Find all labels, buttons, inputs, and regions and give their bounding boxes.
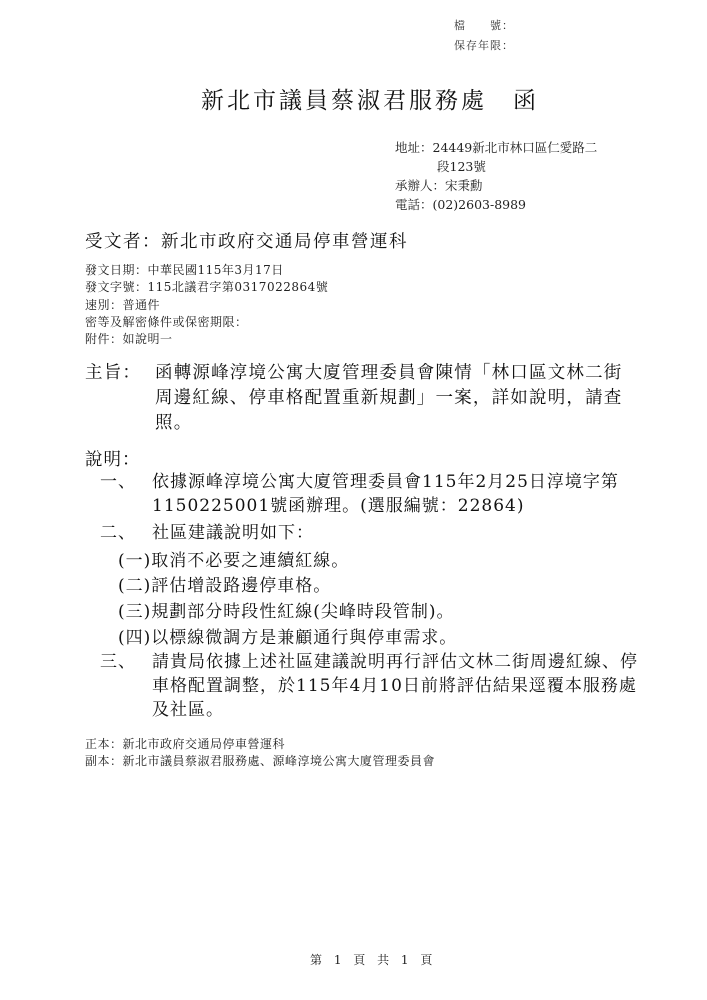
original-recipient: 正本：新北市政府交通局停車營運科: [85, 736, 435, 753]
document-number: 發文字號：115北議君字第0317022864號: [85, 279, 328, 296]
retention-period-label: 保存年限：: [454, 37, 514, 53]
page-number: 第 1 頁 共 1 頁: [310, 951, 436, 968]
document-title: 新北市議員蔡淑君服務處函: [201, 82, 539, 115]
copy-recipients: 副本：新北市議員蔡淑君服務處、源峰淳境公寓大廈管理委員會: [85, 753, 435, 770]
distribution: 正本：新北市政府交通局停車營運科 副本：新北市議員蔡淑君服務處、源峰淳境公寓大廈…: [85, 736, 435, 770]
item-number: 二、: [100, 521, 136, 545]
delivery-speed: 速別：普通件: [85, 297, 328, 314]
item-number: 三、: [100, 650, 136, 674]
file-number-label: 檔 號：: [454, 17, 514, 33]
issuer-name: 新北市議員蔡淑君服務處: [201, 88, 487, 114]
contact-block: 地址：24449新北市林口區仁愛路二 段123號 承辦人：宋秉勳 電話：(02)…: [395, 138, 597, 214]
address-line-2: 段123號: [395, 157, 597, 176]
item-text: 依據源峰淳境公寓大廈管理委員會115年2月25日淳境字第1150225001號函…: [152, 470, 642, 518]
explanation-item-1: 一、 依據源峰淳境公寓大廈管理委員會115年2月25日淳境字第115022500…: [100, 470, 645, 520]
subject-label: 主旨：: [85, 361, 155, 386]
issue-date: 發文日期：中華民國115年3月17日: [85, 262, 328, 279]
phone: 電話：(02)2603-8989: [395, 195, 597, 214]
item-text: 社區建議說明如下：: [152, 521, 642, 545]
explanation-item-2: 二、 社區建議說明如下：: [100, 521, 645, 547]
item-number: 一、: [100, 470, 136, 494]
attachment: 附件：如說明一: [85, 331, 328, 348]
handler: 承辦人：宋秉勳: [395, 176, 597, 195]
explanation-label: 說明：: [85, 446, 141, 471]
recipient: 受文者：新北市政府交通局停車營運科: [85, 228, 408, 253]
subject: 主旨： 函轉源峰淳境公寓大廈管理委員會陳情「林口區文林二街周邊紅線、停車格配置重…: [85, 361, 630, 436]
address-line-1: 地址：24449新北市林口區仁愛路二: [395, 138, 597, 157]
document-info: 發文日期：中華民國115年3月17日 發文字號：115北議君字第03170228…: [85, 262, 328, 348]
item-text: 請貴局依據上述社區建議說明再行評估文林二街周邊紅線、停車格配置調整，於115年4…: [152, 650, 642, 722]
sub-item-2: (二)評估增設路邊停車格。: [118, 571, 331, 596]
security-level: 密等及解密條件或保密期限：: [85, 314, 328, 331]
explanation-item-3: 三、 請貴局依據上述社區建議說明再行評估文林二街周邊紅線、停車格配置調整，於11…: [100, 650, 645, 725]
sub-item-3: (三)規劃部分時段性紅線(尖峰時段管制)。: [118, 597, 455, 622]
sub-item-4: (四)以標線微調方是兼顧通行與停車需求。: [118, 623, 457, 648]
subject-text: 函轉源峰淳境公寓大廈管理委員會陳情「林口區文林二街周邊紅線、停車格配置重新規劃」…: [155, 361, 625, 436]
document-type: 函: [513, 88, 539, 114]
sub-item-1: (一)取消不必要之連續紅線。: [118, 546, 349, 571]
